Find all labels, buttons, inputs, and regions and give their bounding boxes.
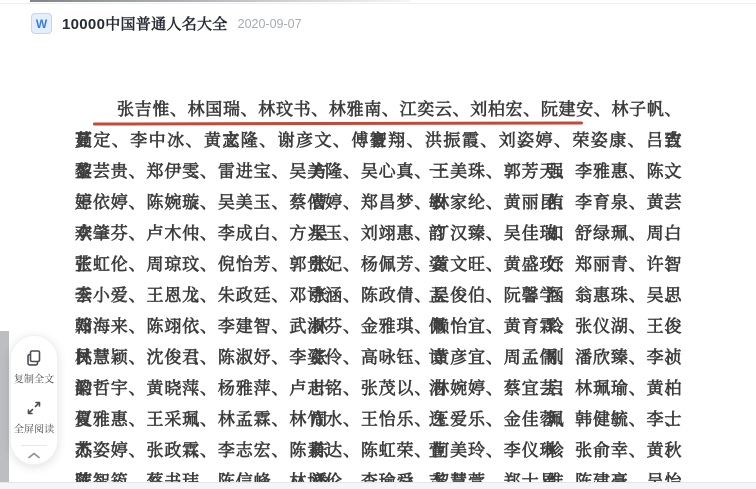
left-edge-strip (0, 331, 9, 489)
fullscreen-read-button[interactable]: 全屏阅读 (12, 398, 56, 437)
chevron-up-icon (27, 451, 41, 460)
copy-full-text-button[interactable]: 复制全文 (12, 348, 56, 387)
document-date: 2020-09-07 (238, 17, 302, 31)
word-doc-icon: W (31, 13, 52, 34)
copy-icon (24, 348, 44, 368)
collapse-toolbar-button[interactable] (27, 451, 41, 460)
fullscreen-icon (24, 398, 44, 418)
fullscreen-read-label: 全屏阅读 (14, 422, 54, 437)
names-paragraph: 张吉惟、林国瑞、林玟书、林雅南、江奕云、刘柏宏、阮建安、林子帆、夏志豪、吉 茹定… (75, 94, 682, 489)
toolbar-divider (21, 445, 47, 446)
names-line: 张吉惟、林国瑞、林玟书、林雅南、江奕云、刘柏宏、阮建安、林子帆、夏志豪、吉 (75, 94, 682, 125)
names-line: 茹定、李中冰、黄文隆、谢彦文、傅智翔、洪振霞、刘姿婷、荣姿康、吕致盈、方一强、 (75, 125, 682, 156)
names-line: 邓海来、陈翊依、李建智、武淑芬、金雅琪、赖怡宜、黄育霖、张仪湖、王俊民、张诗刚、 (75, 311, 682, 342)
names-line: 王依婷、陈婉璇、吴美玉、蔡依婷、郑昌梦、林家纶、黄丽昆、李育泉、黄芸欢、吴韵如、 (75, 187, 682, 218)
header-divider (0, 3, 756, 4)
copy-full-text-label: 复制全文 (14, 372, 54, 387)
bottom-page-band (0, 482, 756, 489)
names-line: 苏姿婷、张政霖、李志宏、陈素达、陈虹荣、何美玲、李仪琳、张俞幸、黄秋萍、潘吉维、 (75, 435, 682, 466)
floating-side-toolbar: 复制全文 全屏阅读 (10, 335, 58, 465)
names-line: 李小爱、王恩龙、朱政廷、邓诗涵、陈政倩、吴俊伯、阮馨学、翁惠珠、吴思翰、林佩玲、 (75, 280, 682, 311)
names-line: 梁哲宇、黄晓萍、杨雅萍、卢志铭、张茂以、林婉婷、蔡宜芸、林珮瑜、黄柏仪、周逸珮、 (75, 373, 682, 404)
top-toolbar-shadow (30, 0, 410, 2)
names-line: 张虹伦、周琼玟、倪怡芳、郭贵妃、杨佩芳、黄文旺、黄盛玫、郑丽青、许智云、张孟涵、 (75, 249, 682, 280)
names-line: 夏雅惠、王采珮、林孟霖、林竹水、王怡乐、王爱乐、金佳蓉、韩健毓、李士杰、陈萱珍、 (75, 404, 682, 435)
page-title: 10000中国普通人名大全 (62, 13, 228, 34)
names-line: 林慧颖、沈俊君、陈淑妤、李姿伶、高咏钰、黄彦宜、周孟儒、潘欣臻、李祯韵、叶洁启、 (75, 342, 682, 373)
names-line: 李肇芬、卢木仲、李成白、方兆玉、刘翊惠、丁汉臻、吴佳瑞、舒绿珮、周白芷、张姿妤、 (75, 218, 682, 249)
names-line: 黎芸贵、郑伊雯、雷进宝、吴美隆、吴心真、王美珠、郭芳天、李雅惠、陈文婷、曹敏侑、 (75, 156, 682, 187)
document-header: W 10000中国普通人名大全 2020-09-07 (31, 13, 302, 34)
